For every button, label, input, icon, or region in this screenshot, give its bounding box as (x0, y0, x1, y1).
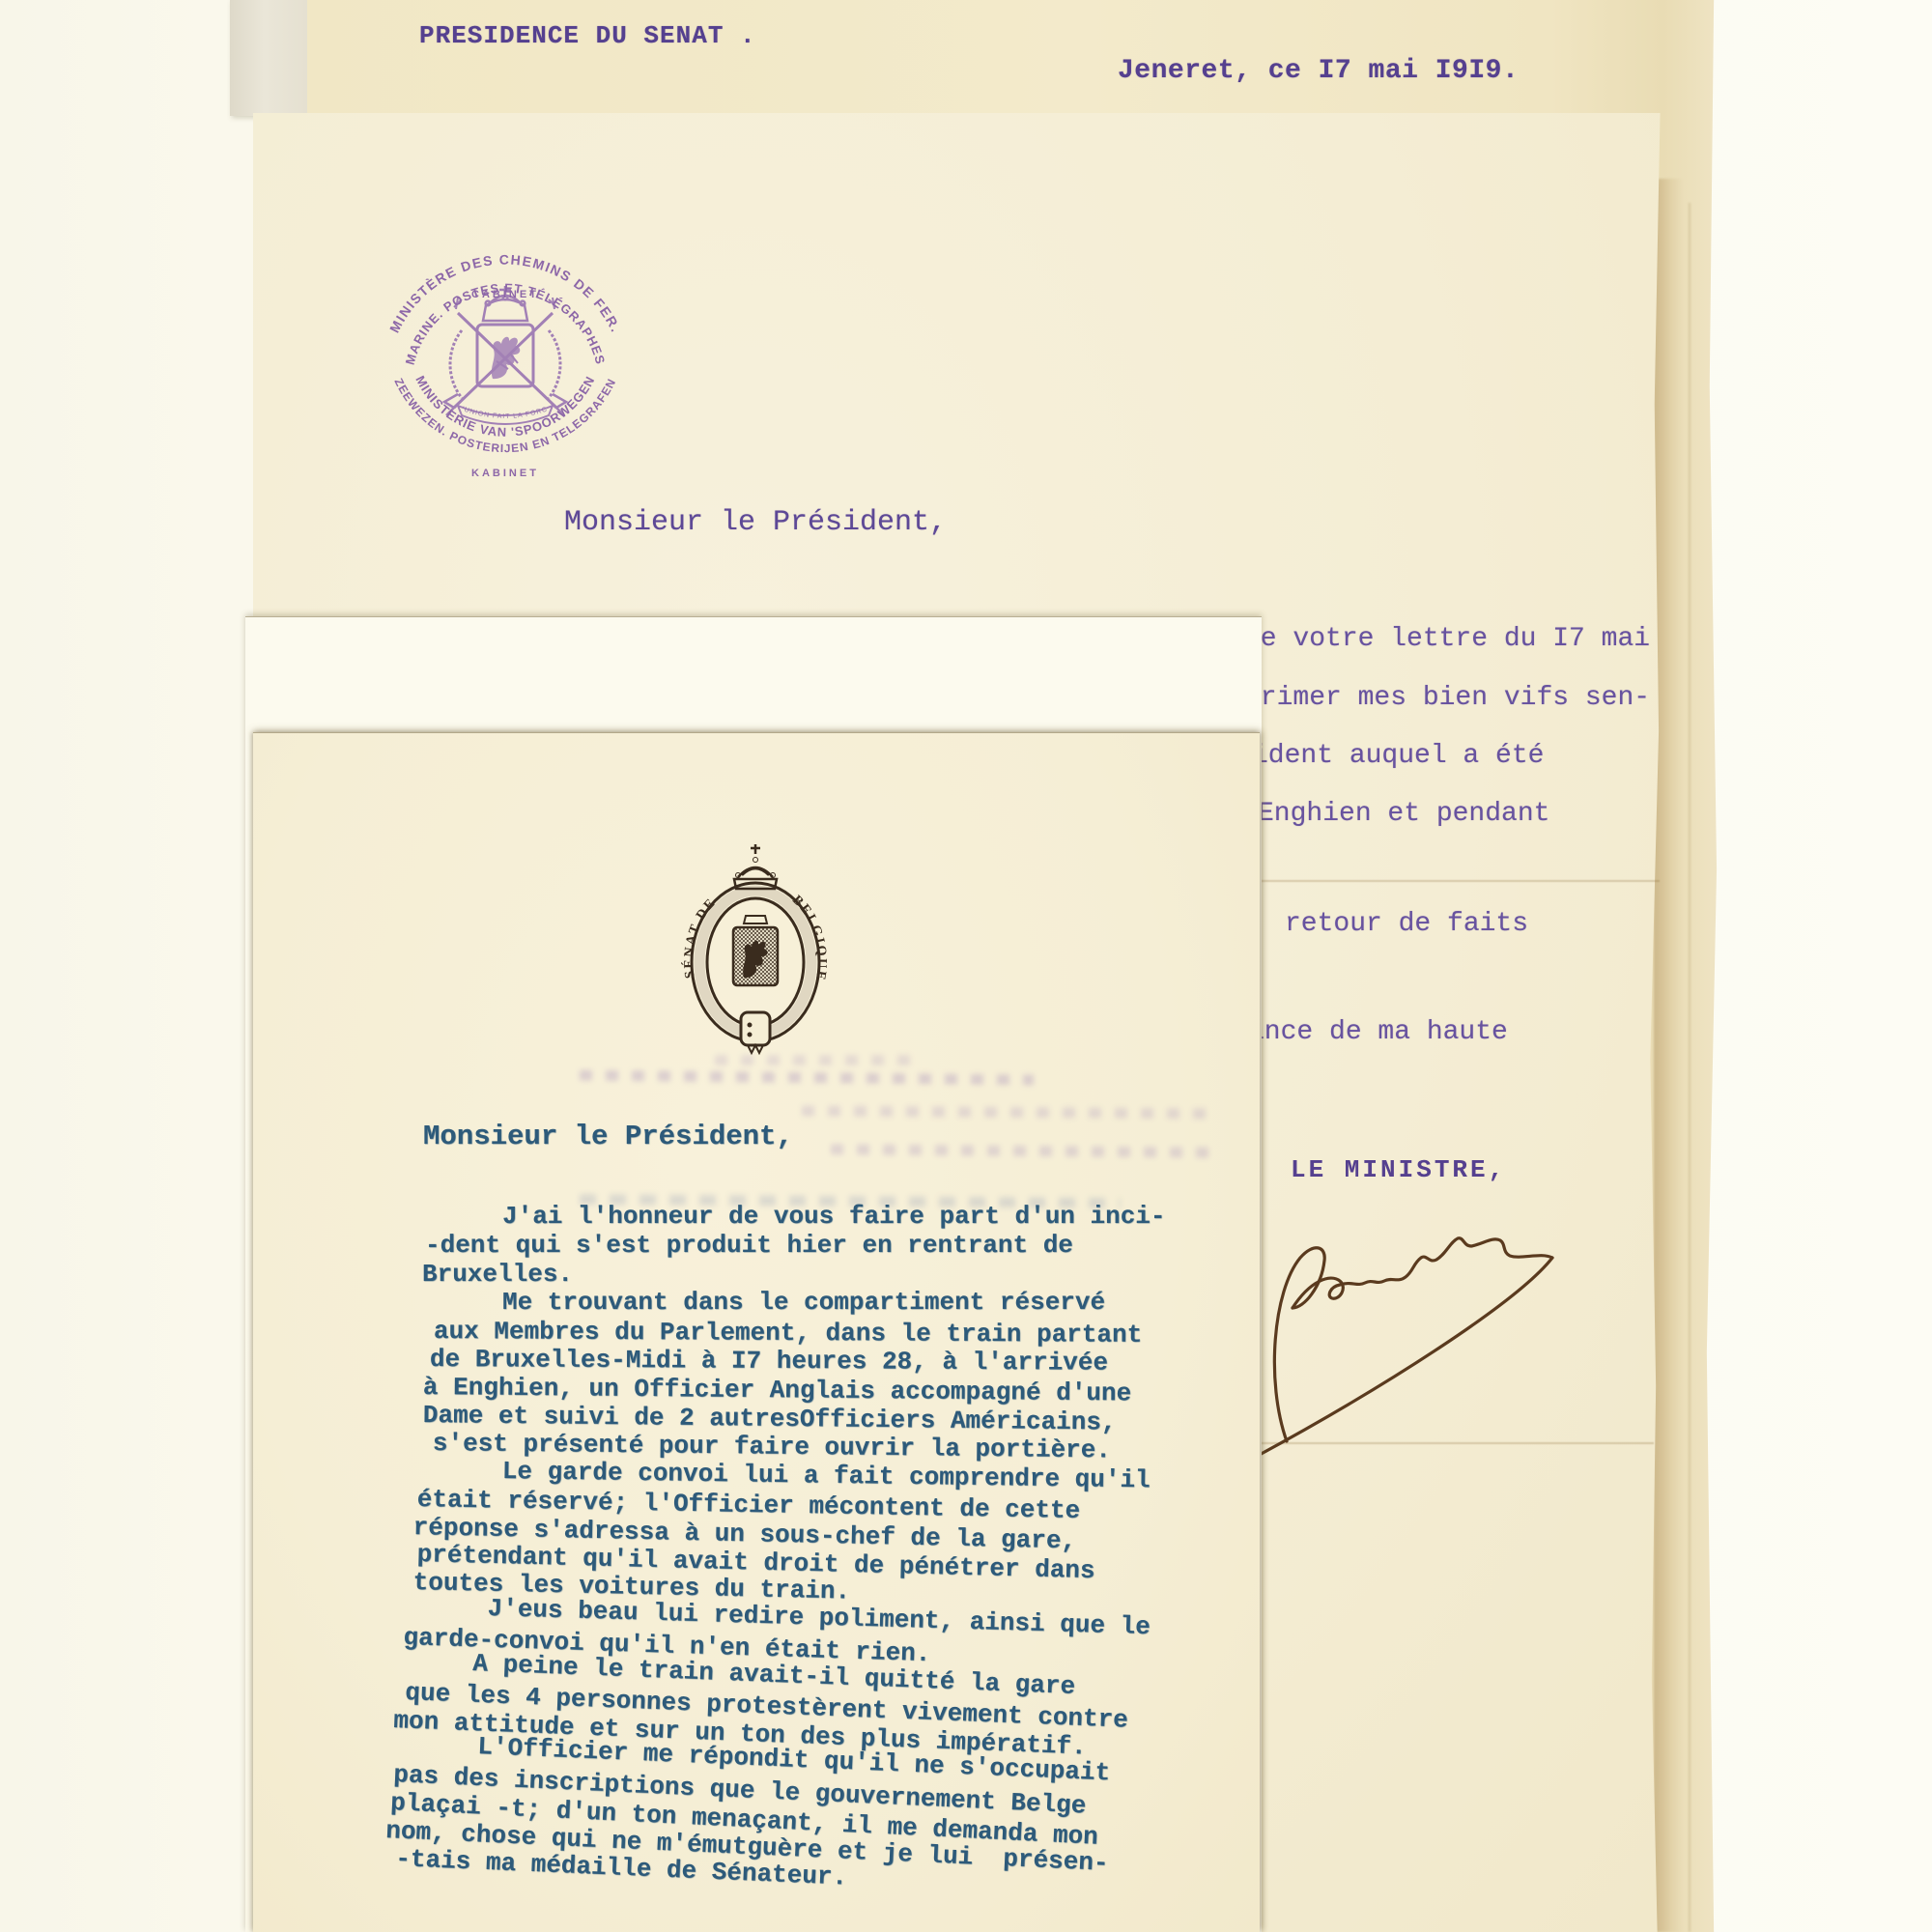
ministry-body-fragment: de votre lettre du I7 mai (1244, 624, 1650, 654)
letter-body-line: Me trouvant dans le compartiment réservé (502, 1288, 1105, 1317)
ministry-body-fragment: retour de faits (1285, 909, 1528, 939)
letter-body-line: J'ai l'honneur de vous faire part d'un i… (502, 1202, 1166, 1231)
ministry-salutation: Monsieur le Président, (564, 506, 947, 539)
letter-body-line: de Bruxelles-Midi à I7 heures 28, à l'ar… (430, 1345, 1108, 1378)
ministry-closing: LE MINISTRE, (1291, 1155, 1506, 1184)
ministry-seal-icon: L'UNION FAIT LA FORCE MINISTÈRE DES CHEM… (365, 205, 645, 485)
ministry-seal-kabinet: KABINET (471, 468, 539, 479)
minister-signature (1236, 1198, 1642, 1478)
torn-edge-shadow (1654, 179, 1683, 1932)
ministry-seal-cabinet: CABINET (471, 289, 539, 300)
senate-salutation: Monsieur le Président, (423, 1121, 793, 1152)
paper-edge-strip (230, 0, 315, 116)
ministry-body-fragment: ident auquel a été (1252, 741, 1544, 771)
letter-body-line: Bruxelles. (422, 1260, 573, 1289)
senate-seal-icon: SÉNAT DE BELGIQUE (688, 838, 823, 1049)
ministry-body-fragment: ance de ma haute (1248, 1017, 1508, 1047)
ministry-body-fragment: Enghien et pendant (1258, 799, 1549, 829)
presidence-header: PRESIDENCE DU SENAT . (419, 21, 756, 50)
ministry-body-fragment: primer mes bien vifs sen- (1244, 683, 1650, 713)
crease-line (1689, 203, 1690, 1932)
document-stack: PRESIDENCE DU SENAT . Jeneret, ce I7 mai… (0, 0, 1932, 1932)
dateline: Jeneret, ce I7 mai I9I9. (1118, 56, 1519, 86)
fold-line (1238, 880, 1660, 882)
letter-body-line: -dent qui s'est produit hier en rentrant… (425, 1231, 1073, 1260)
ghost-text-smudge (715, 1055, 918, 1065)
